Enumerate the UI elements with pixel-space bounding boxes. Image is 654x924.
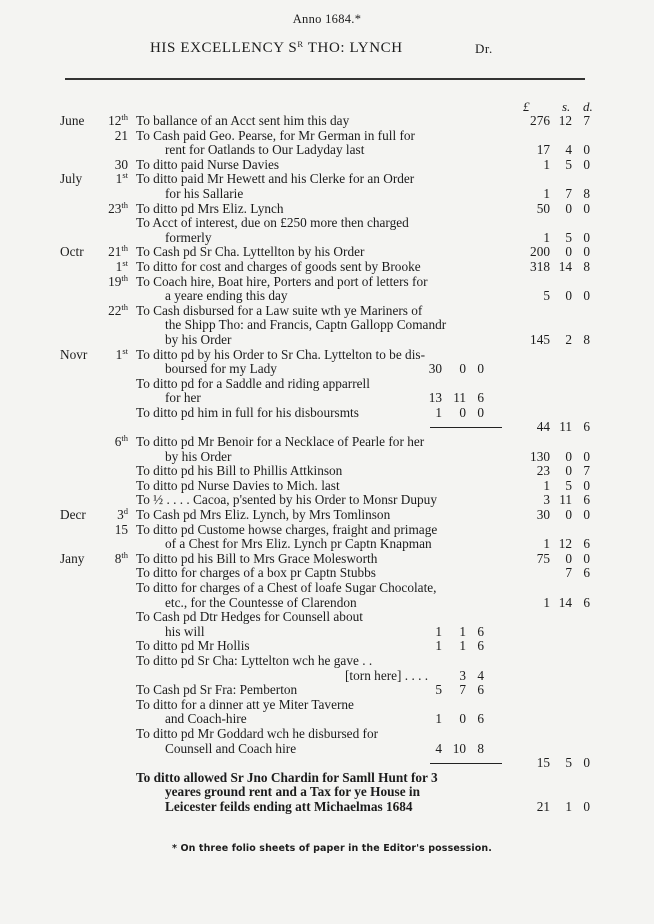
entry-day-number: 21: [115, 128, 128, 143]
ledger-line: To ditto for a dinner att ye Miter Taver…: [0, 698, 654, 713]
entry-subamount-pence: 4: [472, 669, 484, 684]
subtotal-amount-pounds: 44: [522, 420, 550, 435]
entry-amount-pence: 6: [576, 566, 590, 581]
entry-description: a yeare ending this day: [165, 289, 288, 304]
entry-day: 21: [96, 129, 128, 144]
entry-amount-shillings: 0: [552, 245, 572, 260]
subtotal-amount-shillings: 11: [552, 420, 572, 435]
entry-day-suffix: th: [121, 433, 128, 443]
entry-subamount-pounds: 5: [412, 683, 442, 698]
entry-day: 1st: [96, 172, 128, 187]
entry-description: of a Chest for Mrs Eliz. Lynch pr Captn …: [165, 537, 432, 552]
ledger-line: rent for Oatlands to Our Ladyday last174…: [0, 143, 654, 158]
subtotal-line: 1550: [0, 756, 654, 771]
entry-subamount-pence: 8: [472, 742, 484, 757]
entry-description: To Cash paid Geo. Pearse, for Mr German …: [136, 129, 415, 144]
ledger-line: for his Sallarie178: [0, 187, 654, 202]
entry-amount-shillings: 5: [552, 231, 572, 246]
entry-amount-shillings: 0: [552, 464, 572, 479]
entry-amount-pence: 0: [576, 143, 590, 158]
entry-month: Novr: [60, 348, 87, 363]
ledger-line: by his Order14528: [0, 333, 654, 348]
ledger-line: 6thTo ditto pd Mr Benoir for a Necklace …: [0, 435, 654, 450]
entry-day-number: 23: [108, 201, 121, 216]
entry-amount-pounds: 276: [522, 114, 550, 129]
ledger-line: formerly150: [0, 231, 654, 246]
entry-amount-pounds: 130: [522, 450, 550, 465]
entry-amount-shillings: 0: [552, 508, 572, 523]
ledger-line: of a Chest for Mrs Eliz. Lynch pr Captn …: [0, 537, 654, 552]
pounds-column-header: £: [523, 99, 530, 115]
entry-amount-shillings: 1: [552, 800, 572, 815]
ledger-line: yeares ground rent and a Tax for ye Hous…: [0, 785, 654, 800]
entry-amount-pence: 8: [576, 260, 590, 275]
entry-day-number: 22: [108, 303, 121, 318]
ledger-line: 1stTo ditto for cost and charges of good…: [0, 260, 654, 275]
entry-subamount-pence: 0: [472, 362, 484, 377]
title-text: HIS EXCELLENCY S: [150, 40, 297, 56]
subtotal-amount-pence: 0: [576, 756, 590, 771]
ledger-page: Anno 1684.* HIS EXCELLENCY SR THO: LYNCH…: [0, 0, 654, 924]
entry-amount-shillings: 4: [552, 143, 572, 158]
ledger-line: To ditto for charges of a box pr Captn S…: [0, 566, 654, 581]
entry-day-suffix: th: [121, 550, 128, 560]
entry-subamount-shillings: 0: [446, 362, 466, 377]
ledger-line: To ditto allowed Sr Jno Chardin for Saml…: [0, 771, 654, 786]
entry-amount-shillings: 0: [552, 450, 572, 465]
entry-description: To ditto paid Nurse Davies: [136, 158, 279, 173]
entry-day-suffix: th: [121, 243, 128, 253]
ledger-line: 15To ditto pd Custome howse charges, fra…: [0, 523, 654, 538]
entry-amount-shillings: 7: [552, 566, 572, 581]
entry-month: Decr: [60, 508, 86, 523]
entry-description: his will: [165, 625, 205, 640]
entry-amount-shillings: 7: [552, 187, 572, 202]
ledger-line: To Cash pd Dtr Hedges for Counsell about: [0, 610, 654, 625]
entry-amount-pounds: 200: [522, 245, 550, 260]
page-heading-year: Anno 1684.*: [0, 12, 654, 27]
ledger-line: 19thTo Coach hire, Boat hire, Porters an…: [0, 275, 654, 290]
entry-amount-pounds: 1: [522, 537, 550, 552]
subtotal-amount-pounds: 15: [522, 756, 550, 771]
entry-description: To ditto pd Mr Goddard wch he disbursed …: [136, 727, 378, 742]
ledger-line: by his Order13000: [0, 450, 654, 465]
entry-amount-shillings: 0: [552, 202, 572, 217]
ledger-line: To Cash pd Sr Fra: Pemberton576: [0, 683, 654, 698]
entry-subamount-pounds: 1: [412, 712, 442, 727]
entry-subamount-pounds: 13: [412, 391, 442, 406]
ledger-line: To ditto pd Mr Goddard wch he disbursed …: [0, 727, 654, 742]
entry-amount-pounds: 21: [522, 800, 550, 815]
entry-description: To ditto for charges of a Chest of loafe…: [136, 581, 437, 596]
entry-description: and Coach-hire: [165, 712, 247, 727]
ledger-line: Jany8thTo ditto pd his Bill to Mrs Grace…: [0, 552, 654, 567]
entry-subamount-pence: 6: [472, 391, 484, 406]
subtotal-amount-pence: 6: [576, 420, 590, 435]
entry-month: July: [60, 172, 82, 187]
entry-description: by his Order: [165, 450, 231, 465]
entry-description: To Cash pd Mrs Eliz. Lynch, by Mrs Tomli…: [136, 508, 390, 523]
entry-subamount-shillings: 7: [446, 683, 466, 698]
entry-description: To Cash pd Sr Fra: Pemberton: [136, 683, 297, 698]
entry-amount-pence: 0: [576, 552, 590, 567]
entry-description: To Cash pd Dtr Hedges for Counsell about: [136, 610, 363, 625]
ledger-line: Counsell and Coach hire4108: [0, 742, 654, 757]
ledger-line: and Coach-hire106: [0, 712, 654, 727]
entry-description: To ditto paid Mr Hewett and his Clerke f…: [136, 172, 414, 187]
ledger-line: To ditto pd for a Saddle and riding appa…: [0, 377, 654, 392]
entry-amount-pounds: 30: [522, 508, 550, 523]
entry-description: To ballance of an Acct sent him this day: [136, 114, 349, 129]
entry-description: To ditto for charges of a box pr Captn S…: [136, 566, 376, 581]
entry-day: 1st: [96, 348, 128, 363]
entry-description: boursed for my Lady: [165, 362, 277, 377]
entry-subamount-pounds: 30: [412, 362, 442, 377]
entry-amount-pounds: 1: [522, 158, 550, 173]
entry-amount-shillings: 0: [552, 552, 572, 567]
entry-subamount-pounds: 4: [412, 742, 442, 757]
entry-amount-shillings: 11: [552, 493, 572, 508]
entry-amount-shillings: 2: [552, 333, 572, 348]
entry-day-suffix: st: [122, 170, 128, 180]
entry-subamount-shillings: 3: [446, 669, 466, 684]
ledger-line: July1stTo ditto paid Mr Hewett and his C…: [0, 172, 654, 187]
entry-subamount-pence: 6: [472, 712, 484, 727]
entry-subamount-shillings: 11: [446, 391, 466, 406]
entry-amount-pounds: 318: [522, 260, 550, 275]
ledger-line: To ½ . . . . Cacoa, p'sented by his Orde…: [0, 493, 654, 508]
entry-day-number: 19: [108, 274, 121, 289]
subtotal-line: 44116: [0, 420, 654, 435]
entry-amount-pence: 0: [576, 202, 590, 217]
entry-amount-pence: 7: [576, 114, 590, 129]
entry-amount-pence: 6: [576, 596, 590, 611]
ledger-line: Leicester feilds ending att Michaelmas 1…: [0, 800, 654, 815]
entry-description: To ditto pd his Bill to Mrs Grace Molesw…: [136, 552, 377, 567]
ledger-line: the Shipp Tho: and Francis, Captn Gallop…: [0, 318, 654, 333]
entry-description: To ditto pd Mr Benoir for a Necklace of …: [136, 435, 424, 450]
ledger-line: 23thTo ditto pd Mrs Eliz. Lynch5000: [0, 202, 654, 217]
entry-description: for his Sallarie: [165, 187, 243, 202]
ledger-line: Novr1stTo ditto pd by his Order to Sr Ch…: [0, 348, 654, 363]
entry-subamount-shillings: 0: [446, 406, 466, 421]
entry-description: To ditto pd his Bill to Phillis Attkinso…: [136, 464, 342, 479]
entry-subamount-shillings: 0: [446, 712, 466, 727]
ledger-line: a yeare ending this day500: [0, 289, 654, 304]
footnote: * On three folio sheets of paper in the …: [172, 843, 492, 854]
entry-day: 12th: [96, 114, 128, 129]
entry-amount-pence: 0: [576, 289, 590, 304]
entry-day: 19th: [96, 275, 128, 290]
entry-amount-pounds: 145: [522, 333, 550, 348]
ledger-line: 21To Cash paid Geo. Pearse, for Mr Germa…: [0, 129, 654, 144]
entry-day-suffix: th: [121, 112, 128, 122]
entry-description: To ditto pd Sr Cha: Lyttelton wch he gav…: [136, 654, 372, 669]
entry-amount-pounds: 50: [522, 202, 550, 217]
entry-day: 23th: [96, 202, 128, 217]
entry-day-suffix: st: [122, 258, 128, 268]
entry-amount-shillings: 0: [552, 289, 572, 304]
entry-description: for her: [165, 391, 201, 406]
entry-amount-pence: 0: [576, 800, 590, 815]
ledger-line: 30To ditto paid Nurse Davies150: [0, 158, 654, 173]
entry-day-suffix: th: [121, 200, 128, 210]
entry-amount-pounds: 1: [522, 596, 550, 611]
entry-amount-pence: 7: [576, 464, 590, 479]
ledger-line: Octr21thTo Cash pd Sr Cha. Lyttellton by…: [0, 245, 654, 260]
entry-description: To ditto for cost and charges of goods s…: [136, 260, 421, 275]
ledger-line: boursed for my Lady3000: [0, 362, 654, 377]
entry-day-number: 12: [108, 113, 121, 128]
entry-description: To ditto pd Mr Hollis: [136, 639, 250, 654]
entry-amount-pence: 8: [576, 187, 590, 202]
subtotal-rule: [430, 427, 502, 428]
entry-amount-pence: 8: [576, 333, 590, 348]
entry-description: [torn here] . . . .: [345, 669, 428, 684]
entry-month: Jany: [60, 552, 84, 567]
entry-amount-pence: 6: [576, 493, 590, 508]
entry-amount-pounds: 17: [522, 143, 550, 158]
entry-month: June: [60, 114, 84, 129]
entry-subamount-pence: 0: [472, 406, 484, 421]
entry-day-suffix: d: [124, 506, 128, 516]
ledger-line: To Acct of interest, due on £250 more th…: [0, 216, 654, 231]
ledger-entries: June12thTo ballance of an Acct sent him …: [0, 114, 654, 815]
entry-subamount-shillings: 1: [446, 639, 466, 654]
entry-description: To ditto allowed Sr Jno Chardin for Saml…: [136, 771, 438, 786]
entry-amount-pounds: 23: [522, 464, 550, 479]
entry-amount-pounds: 75: [522, 552, 550, 567]
entry-day: 8th: [96, 552, 128, 567]
entry-description: To ditto pd him in full for his disbours…: [136, 406, 359, 421]
entry-day-number: 15: [115, 522, 128, 537]
ledger-line: To ditto pd him in full for his disbours…: [0, 406, 654, 421]
entry-description: To Cash disbursed for a Law suite wth ye…: [136, 304, 422, 319]
entry-description: To Coach hire, Boat hire, Porters and po…: [136, 275, 428, 290]
entry-month: Octr: [60, 245, 84, 260]
entry-subamount-pence: 6: [472, 639, 484, 654]
entry-description: the Shipp Tho: and Francis, Captn Gallop…: [165, 318, 446, 333]
entry-day-suffix: th: [121, 273, 128, 283]
entry-description: To ditto pd Nurse Davies to Mich. last: [136, 479, 340, 494]
entry-day: 3d: [96, 508, 128, 523]
entry-description: rent for Oatlands to Our Ladyday last: [165, 143, 364, 158]
entry-amount-pence: 0: [576, 450, 590, 465]
entry-description: To Acct of interest, due on £250 more th…: [136, 216, 409, 231]
entry-day: 6th: [96, 435, 128, 450]
entry-description: etc., for the Countesse of Clarendon: [165, 596, 357, 611]
entry-subamount-pence: 6: [472, 625, 484, 640]
entry-description: Leicester feilds ending att Michaelmas 1…: [165, 800, 413, 815]
title-text-rest: THO: LYNCH: [304, 40, 403, 56]
entry-amount-pounds: 5: [522, 289, 550, 304]
entry-description: To ½ . . . . Cacoa, p'sented by his Orde…: [136, 493, 437, 508]
entry-description: Counsell and Coach hire: [165, 742, 296, 757]
entry-amount-shillings: 5: [552, 479, 572, 494]
ledger-line: [torn here] . . . .34: [0, 669, 654, 684]
entry-subamount-pence: 6: [472, 683, 484, 698]
ledger-line: To ditto pd Nurse Davies to Mich. last15…: [0, 479, 654, 494]
entry-description: To ditto pd for a Saddle and riding appa…: [136, 377, 370, 392]
entry-description: To Cash pd Sr Cha. Lyttellton by his Ord…: [136, 245, 364, 260]
ledger-line: To ditto pd Sr Cha: Lyttelton wch he gav…: [0, 654, 654, 669]
subtotal-amount-shillings: 5: [552, 756, 572, 771]
entry-subamount-pounds: 1: [412, 639, 442, 654]
ledger-line: To ditto pd his Bill to Phillis Attkinso…: [0, 464, 654, 479]
ledger-line: for her13116: [0, 391, 654, 406]
entry-description: To ditto for a dinner att ye Miter Taver…: [136, 698, 354, 713]
ledger-line: 22thTo Cash disbursed for a Law suite wt…: [0, 304, 654, 319]
entry-amount-pence: 0: [576, 245, 590, 260]
debtor-label: Dr.: [475, 41, 493, 57]
entry-day: 22th: [96, 304, 128, 319]
entry-amount-pence: 0: [576, 508, 590, 523]
entry-day-number: 21: [108, 244, 121, 259]
entry-amount-shillings: 14: [552, 596, 572, 611]
ledger-line: To ditto pd Mr Hollis116: [0, 639, 654, 654]
subtotal-rule: [430, 763, 502, 764]
entry-amount-pence: 0: [576, 158, 590, 173]
account-title: HIS EXCELLENCY SR THO: LYNCH: [150, 40, 403, 57]
entry-amount-shillings: 5: [552, 158, 572, 173]
entry-description: To ditto pd by his Order to Sr Cha. Lytt…: [136, 348, 425, 363]
entry-subamount-pounds: 1: [412, 406, 442, 421]
ledger-line: To ditto for charges of a Chest of loafe…: [0, 581, 654, 596]
entry-amount-pence: 0: [576, 231, 590, 246]
entry-day-suffix: st: [122, 346, 128, 356]
entry-subamount-pounds: 1: [412, 625, 442, 640]
ledger-line: etc., for the Countesse of Clarendon1146: [0, 596, 654, 611]
entry-description: formerly: [165, 231, 212, 246]
entry-amount-pounds: 1: [522, 187, 550, 202]
entry-day-number: 3: [117, 507, 124, 522]
entry-amount-pounds: 1: [522, 479, 550, 494]
entry-description: To ditto pd Custome howse charges, fraig…: [136, 523, 437, 538]
entry-amount-pence: 6: [576, 537, 590, 552]
entry-day: 15: [96, 523, 128, 538]
entry-amount-shillings: 12: [552, 537, 572, 552]
entry-amount-pounds: 1: [522, 231, 550, 246]
header-rule: [65, 78, 585, 80]
ledger-line: Decr3dTo Cash pd Mrs Eliz. Lynch, by Mrs…: [0, 508, 654, 523]
entry-amount-pence: 0: [576, 479, 590, 494]
entry-amount-shillings: 12: [552, 114, 572, 129]
ledger-line: his will116: [0, 625, 654, 640]
entry-subamount-shillings: 1: [446, 625, 466, 640]
ledger-line: June12thTo ballance of an Acct sent him …: [0, 114, 654, 129]
entry-description: yeares ground rent and a Tax for ye Hous…: [165, 785, 420, 800]
entry-description: To ditto pd Mrs Eliz. Lynch: [136, 202, 284, 217]
entry-description: by his Order: [165, 333, 231, 348]
entry-amount-pounds: 3: [522, 493, 550, 508]
entry-amount-shillings: 14: [552, 260, 572, 275]
entry-day-suffix: th: [121, 302, 128, 312]
entry-subamount-shillings: 10: [446, 742, 466, 757]
